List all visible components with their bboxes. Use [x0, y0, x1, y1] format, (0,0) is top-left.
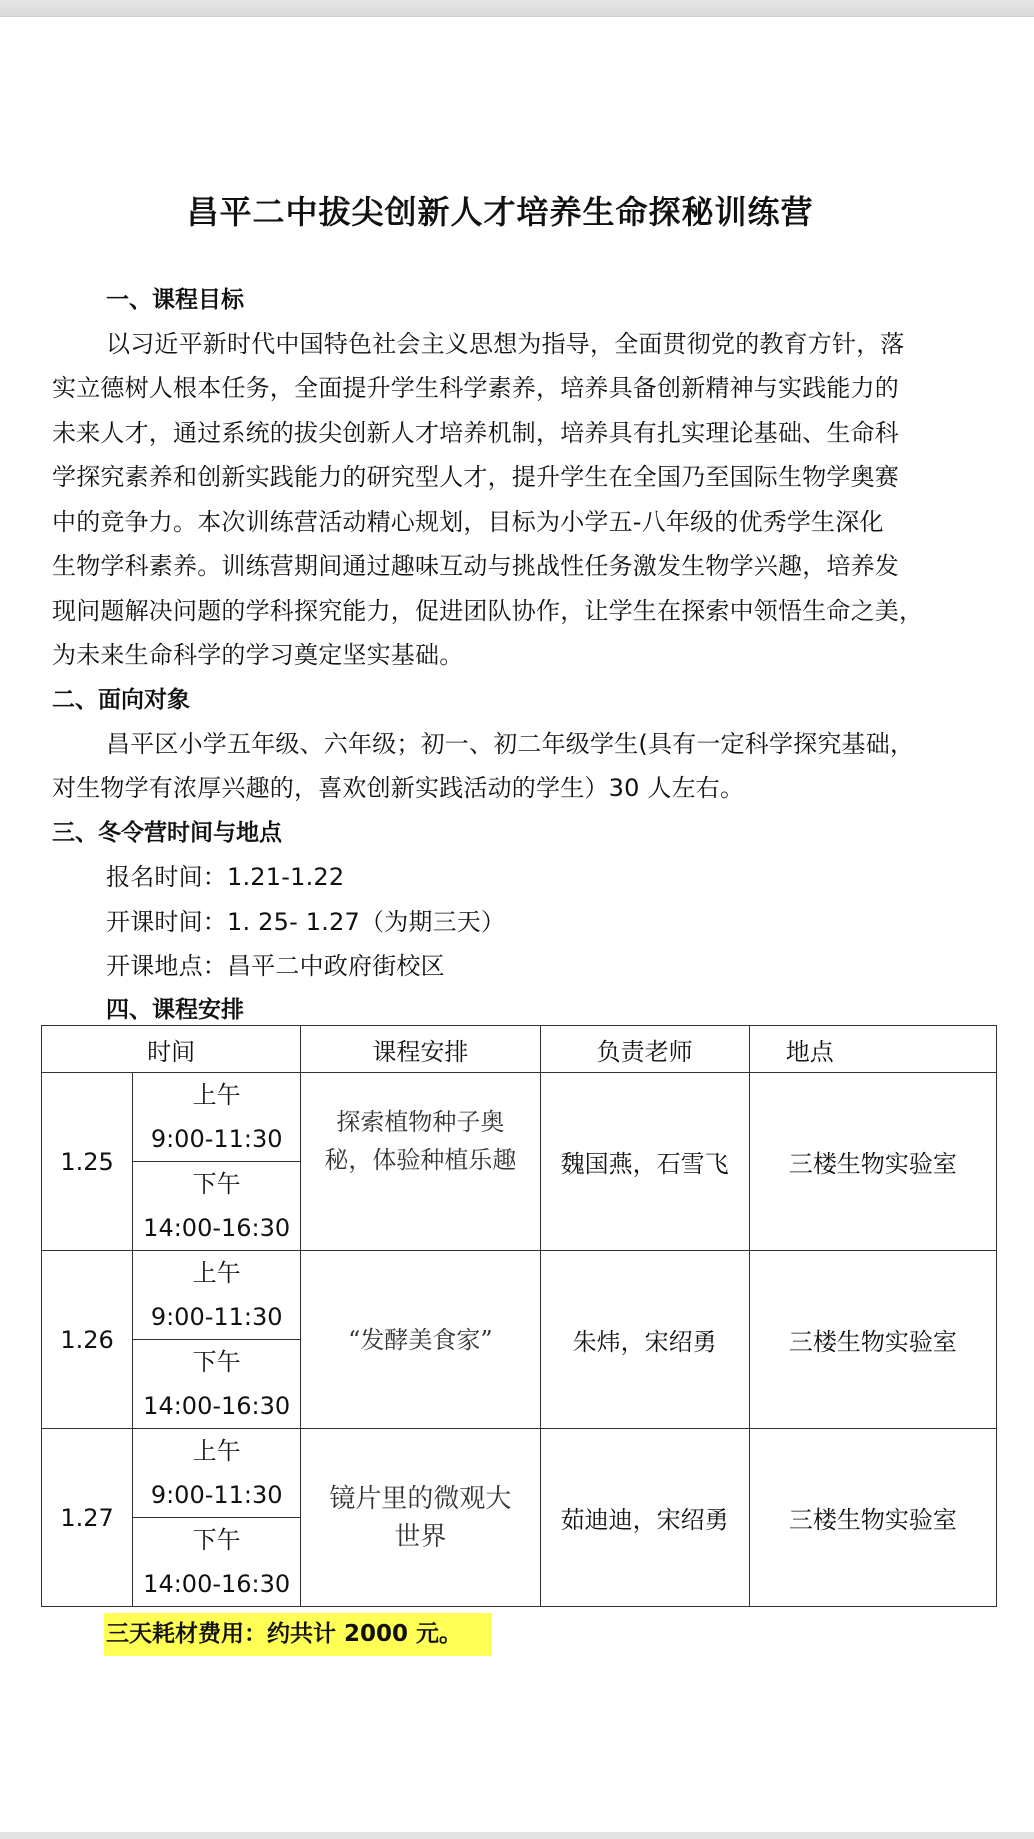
pm-time: 14:00-16:30: [133, 1384, 300, 1428]
location-cell: 三楼生物实验室: [749, 1073, 996, 1251]
goals-line-6: 生物学科素养。训练营期间通过趣味互动与挑战性任务激发生物学兴趣，培养发: [52, 546, 899, 581]
row-date: 1.27: [42, 1429, 133, 1607]
course-location: 开课地点：昌平二中政府街校区: [106, 946, 445, 981]
am-slot: 上午 9:00-11:30: [133, 1251, 301, 1340]
header-course: 课程安排: [301, 1026, 540, 1073]
viewer-top-bar: [0, 0, 1034, 17]
pm-time: 14:00-16:30: [133, 1562, 300, 1606]
goals-line-7: 现问题解决问题的学科探究能力，促进团队协作，让学生在探索中领悟生命之美，: [52, 591, 923, 626]
am-label: 上午: [133, 1251, 300, 1295]
goals-line-8: 为未来生命科学的学习奠定坚实基础。: [52, 635, 463, 670]
am-time: 9:00-11:30: [133, 1117, 300, 1161]
am-time: 9:00-11:30: [133, 1295, 300, 1339]
pm-slot: 下午 14:00-16:30: [133, 1162, 301, 1251]
am-time: 9:00-11:30: [133, 1473, 300, 1517]
section-heading-goals: 一、课程目标: [106, 281, 244, 314]
row-date: 1.25: [42, 1073, 133, 1251]
registration-time: 报名时间：1.21-1.22: [106, 857, 344, 892]
pm-label: 下午: [133, 1518, 300, 1562]
course-line: “发酵美食家”: [301, 1321, 539, 1359]
schedule-header-row: 时间 课程安排 负责老师 地点: [42, 1026, 997, 1073]
am-label: 上午: [133, 1073, 300, 1117]
course-line: 秘，体验种植乐趣: [301, 1141, 539, 1179]
header-location: 地点: [749, 1026, 996, 1073]
course-line: 镜片里的微观大: [301, 1480, 539, 1518]
audience-line-1: 昌平区小学五年级、六年级；初一、初二年级学生(具有一定科学探究基础，: [106, 724, 914, 759]
pm-label: 下午: [133, 1162, 300, 1206]
row-date: 1.26: [42, 1251, 133, 1429]
goals-line-4: 学探究素养和创新实践能力的研究型人才，提升学生在全国乃至国际生物学奥赛: [52, 457, 899, 492]
course-cell: 探索植物种子奥 秘，体验种植乐趣: [301, 1073, 540, 1251]
pm-label: 下午: [133, 1340, 300, 1384]
cost-note-highlight: 三天耗材费用：约共计 2000 元。: [104, 1613, 492, 1656]
audience-line-2: 对生物学有浓厚兴趣的，喜欢创新实践活动的学生）30 人左右。: [52, 768, 744, 803]
table-row: 1.27 上午 9:00-11:30 镜片里的微观大 世界 茹迪迪，宋绍勇 三楼…: [42, 1429, 997, 1518]
document-title: 昌平二中拔尖创新人才培养生命探秘训练营: [0, 187, 1000, 233]
pm-time: 14:00-16:30: [133, 1206, 300, 1250]
am-slot: 上午 9:00-11:30: [133, 1429, 301, 1518]
pm-slot: 下午 14:00-16:30: [133, 1518, 301, 1607]
am-label: 上午: [133, 1429, 300, 1473]
schedule-table: 时间 课程安排 负责老师 地点 1.25 上午 9:00-11:30 探索植物种…: [41, 1025, 997, 1607]
section-heading-schedule: 四、课程安排: [106, 991, 244, 1024]
course-cell: 镜片里的微观大 世界: [301, 1429, 540, 1607]
pm-slot: 下午 14:00-16:30: [133, 1340, 301, 1429]
teacher-cell: 朱炜，宋绍勇: [540, 1251, 749, 1429]
goals-line-1: 以习近平新时代中国特色社会主义思想为指导，全面贯彻党的教育方针，落: [106, 324, 905, 359]
course-line: 世界: [301, 1518, 539, 1556]
goals-line-5: 中的竞争力。本次训练营活动精心规划，目标为小学五-八年级的优秀学生深化: [52, 502, 884, 537]
goals-line-2: 实立德树人根本任务，全面提升学生科学素养，培养具备创新精神与实践能力的: [52, 368, 899, 403]
am-slot: 上午 9:00-11:30: [133, 1073, 301, 1162]
header-teacher: 负责老师: [540, 1026, 749, 1073]
section-heading-audience: 二、面向对象: [52, 681, 190, 714]
location-cell: 三楼生物实验室: [749, 1429, 996, 1607]
course-line: 探索植物种子奥: [301, 1103, 539, 1141]
location-cell: 三楼生物实验室: [749, 1251, 996, 1429]
teacher-cell: 魏国燕，石雪飞: [540, 1073, 749, 1251]
table-row: 1.25 上午 9:00-11:30 探索植物种子奥 秘，体验种植乐趣 魏国燕，…: [42, 1073, 997, 1162]
viewer-bottom-bar: [0, 1832, 1034, 1839]
course-cell: “发酵美食家”: [301, 1251, 540, 1429]
teacher-cell: 茹迪迪，宋绍勇: [540, 1429, 749, 1607]
table-row: 1.26 上午 9:00-11:30 “发酵美食家” 朱炜，宋绍勇 三楼生物实验…: [42, 1251, 997, 1340]
header-time: 时间: [42, 1026, 301, 1073]
section-heading-time-place: 三、冬令营时间与地点: [52, 814, 282, 847]
goals-line-3: 未来人才，通过系统的拔尖创新人才培养机制，培养具有扎实理论基础、生命科: [52, 413, 899, 448]
course-time: 开课时间：1. 25- 1.27（为期三天）: [106, 902, 505, 937]
